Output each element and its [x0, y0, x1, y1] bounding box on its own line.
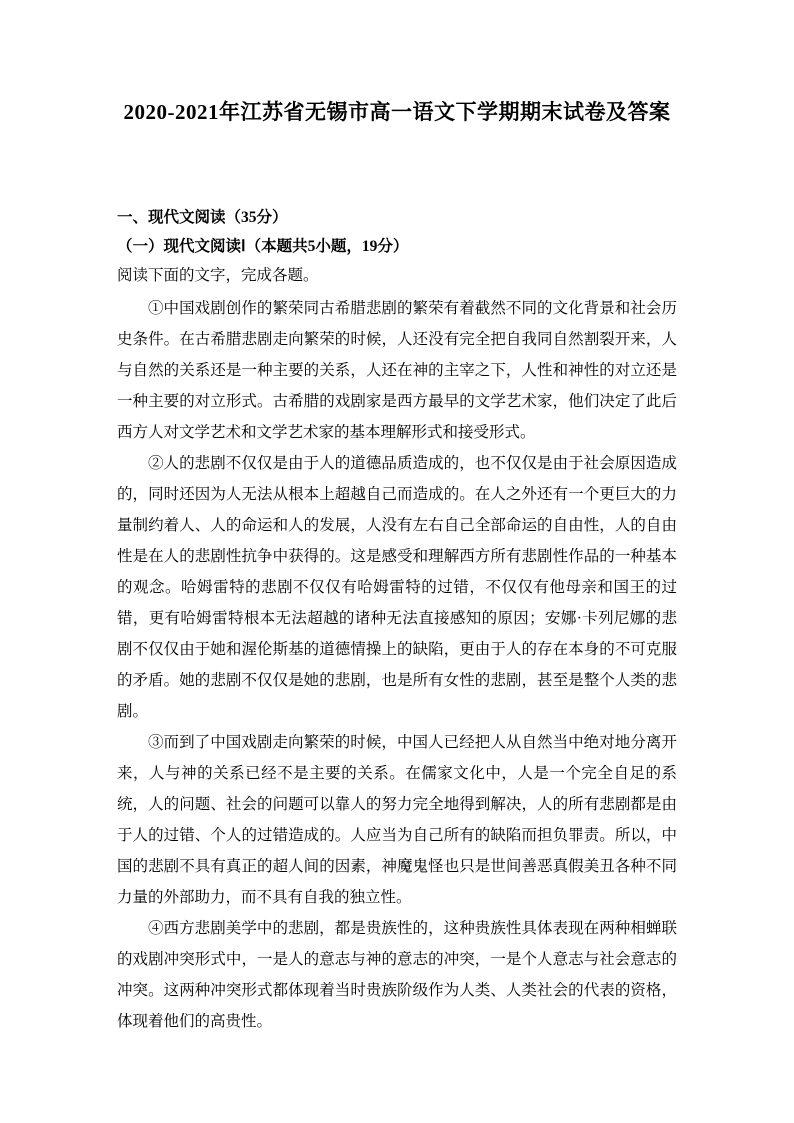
document-page: 2020-2021年江苏省无锡市高一语文下学期期末试卷及答案 一、现代文阅读（3… — [0, 0, 794, 1123]
section-heading-modern-reading: 一、现代文阅读（35分） — [117, 203, 677, 232]
document-content: 2020-2021年江苏省无锡市高一语文下学期期末试卷及答案 一、现代文阅读（3… — [117, 0, 677, 1037]
subsection-heading-reading-1: （一）现代文阅读Ⅰ（本题共5小题，19分） — [117, 232, 677, 261]
passage-paragraph-4: ④西方悲剧美学中的悲剧，都是贵族性的，这种贵族性具体表现在两种相蝉联的戏剧冲突形… — [117, 913, 677, 1037]
passage-paragraph-3: ③而到了中国戏剧走向繁荣的时候，中国人已经把人从自然当中绝对地分离开来，人与神的… — [117, 727, 677, 913]
passage-paragraph-2: ②人的悲剧不仅仅是由于人的道德品质造成的，也不仅仅是由于社会原因造成的，同时还因… — [117, 448, 677, 727]
reading-passage: ①中国戏剧创作的繁荣同古希腊悲剧的繁荣有着截然不同的文化背景和社会历史条件。在古… — [117, 293, 677, 1037]
instruction-line: 阅读下面的文字，完成各题。 — [117, 261, 677, 290]
page-title: 2020-2021年江苏省无锡市高一语文下学期期末试卷及答案 — [117, 0, 677, 203]
passage-paragraph-1: ①中国戏剧创作的繁荣同古希腊悲剧的繁荣有着截然不同的文化背景和社会历史条件。在古… — [117, 293, 677, 448]
